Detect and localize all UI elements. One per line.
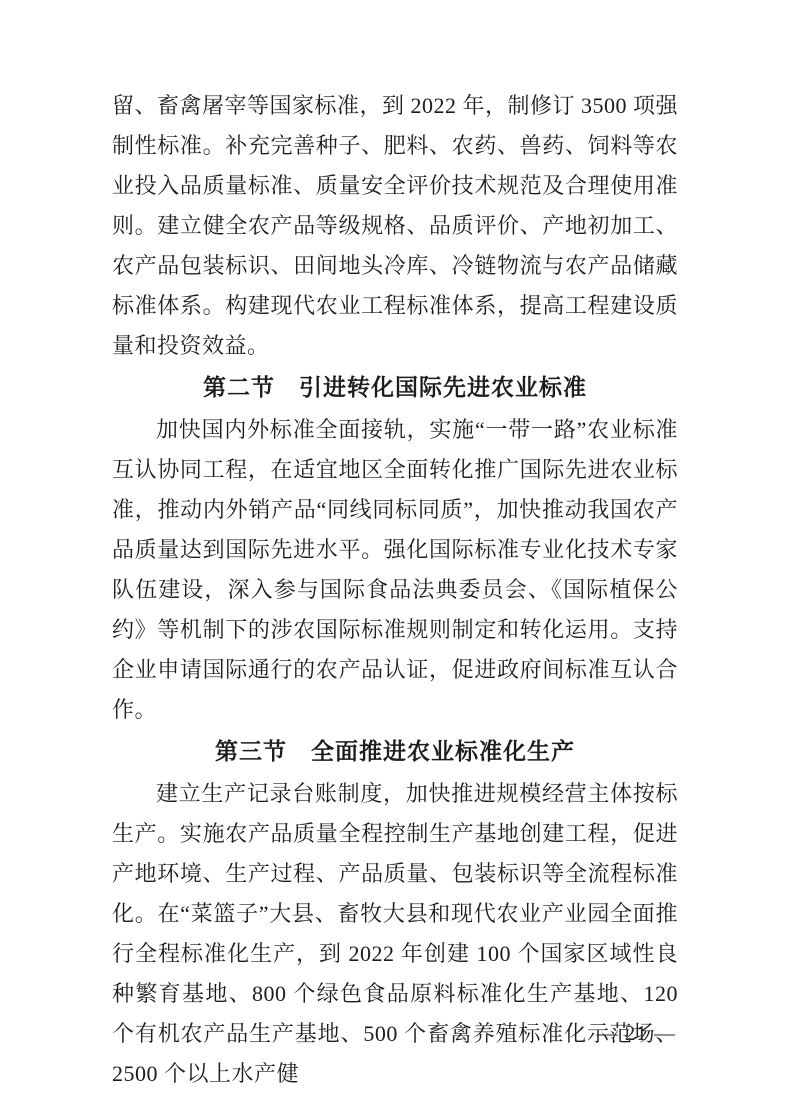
- page-number: — 21 —: [597, 1020, 677, 1046]
- section-heading-2: 第二节 引进转化国际先进农业标准: [112, 368, 678, 408]
- body-paragraph-continuation: 留、畜禽屠宰等国家标准，到 2022 年，制修订 3500 项强制性标准。补充完…: [112, 86, 678, 366]
- body-paragraph-section-2: 加快国内外标准全面接轨，实施“一带一路”农业标准互认协同工程，在适宜地区全面转化…: [112, 410, 678, 730]
- body-paragraph-section-3: 建立生产记录台账制度，加快推进规模经营主体按标生产。实施农产品质量全程控制生产基…: [112, 774, 678, 1094]
- document-content: 留、畜禽屠宰等国家标准，到 2022 年，制修订 3500 项强制性标准。补充完…: [112, 86, 678, 1094]
- section-heading-3: 第三节 全面推进农业标准化生产: [112, 732, 678, 772]
- document-page: 留、畜禽屠宰等国家标准，到 2022 年，制修订 3500 项强制性标准。补充完…: [0, 0, 789, 1114]
